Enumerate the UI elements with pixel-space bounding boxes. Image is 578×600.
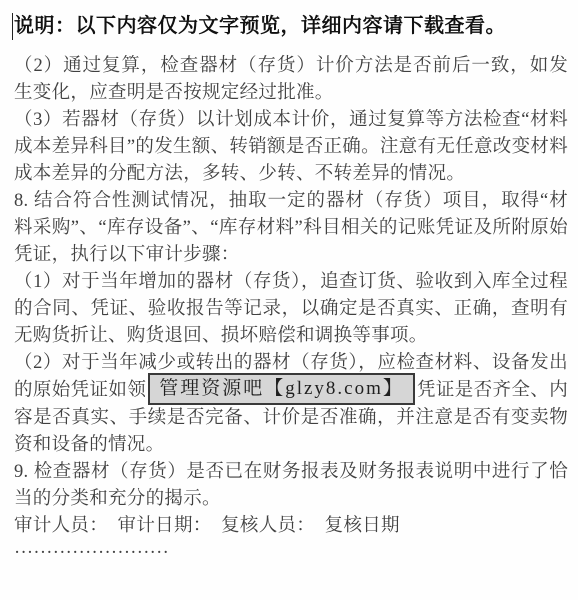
paragraph-8-1: （1）对于当年增加的器材（存货），追查订货、验收到入库全过程的合同、凭证、验收报… bbox=[14, 269, 568, 350]
preview-notice-text: 说明：以下内容仅为文字预览，详细内容请下载查看。 bbox=[14, 15, 506, 37]
paragraph-item-3: （3）若器材（存货）以计划成本计价，通过复算等方法检查“材料成本差异科目”的发生… bbox=[14, 107, 568, 188]
document-body: （2）通过复算，检查器材（存货）计价方法是否前后一致，如发生变化，应查明是否按规… bbox=[14, 53, 568, 567]
signature-line: 审计人员： 审计日期： 复核人员： 复核日期 bbox=[14, 513, 568, 540]
watermark-badge: 管理资源吧【glzy8.com】 bbox=[148, 373, 415, 405]
document-preview-page: 说明：以下内容仅为文字预览，详细内容请下载查看。 （2）通过复算，检查器材（存货… bbox=[0, 0, 578, 600]
paragraph-8-2: （2）对于当年减少或转出的器材（存货），应检查材料、设备发出的原始凭证如领管理资… bbox=[14, 350, 568, 459]
paragraph-8: 8. 结合符合性测试情况，抽取一定的器材（存货）项目，取得“材料采购”、“库存设… bbox=[14, 188, 568, 269]
watermark-label: 管理资源吧【glzy8.com】 bbox=[159, 378, 404, 399]
paragraph-item-2: （2）通过复算，检查器材（存货）计价方法是否前后一致，如发生变化，应查明是否按规… bbox=[14, 53, 568, 107]
text-cursor bbox=[12, 13, 13, 40]
dotted-line: ························ bbox=[14, 540, 568, 567]
paragraph-9: 9. 检查器材（存货）是否已在财务报表及财务报表说明中进行了恰当的分类和充分的揭… bbox=[14, 459, 568, 513]
preview-notice: 说明：以下内容仅为文字预览，详细内容请下载查看。 bbox=[14, 12, 568, 41]
